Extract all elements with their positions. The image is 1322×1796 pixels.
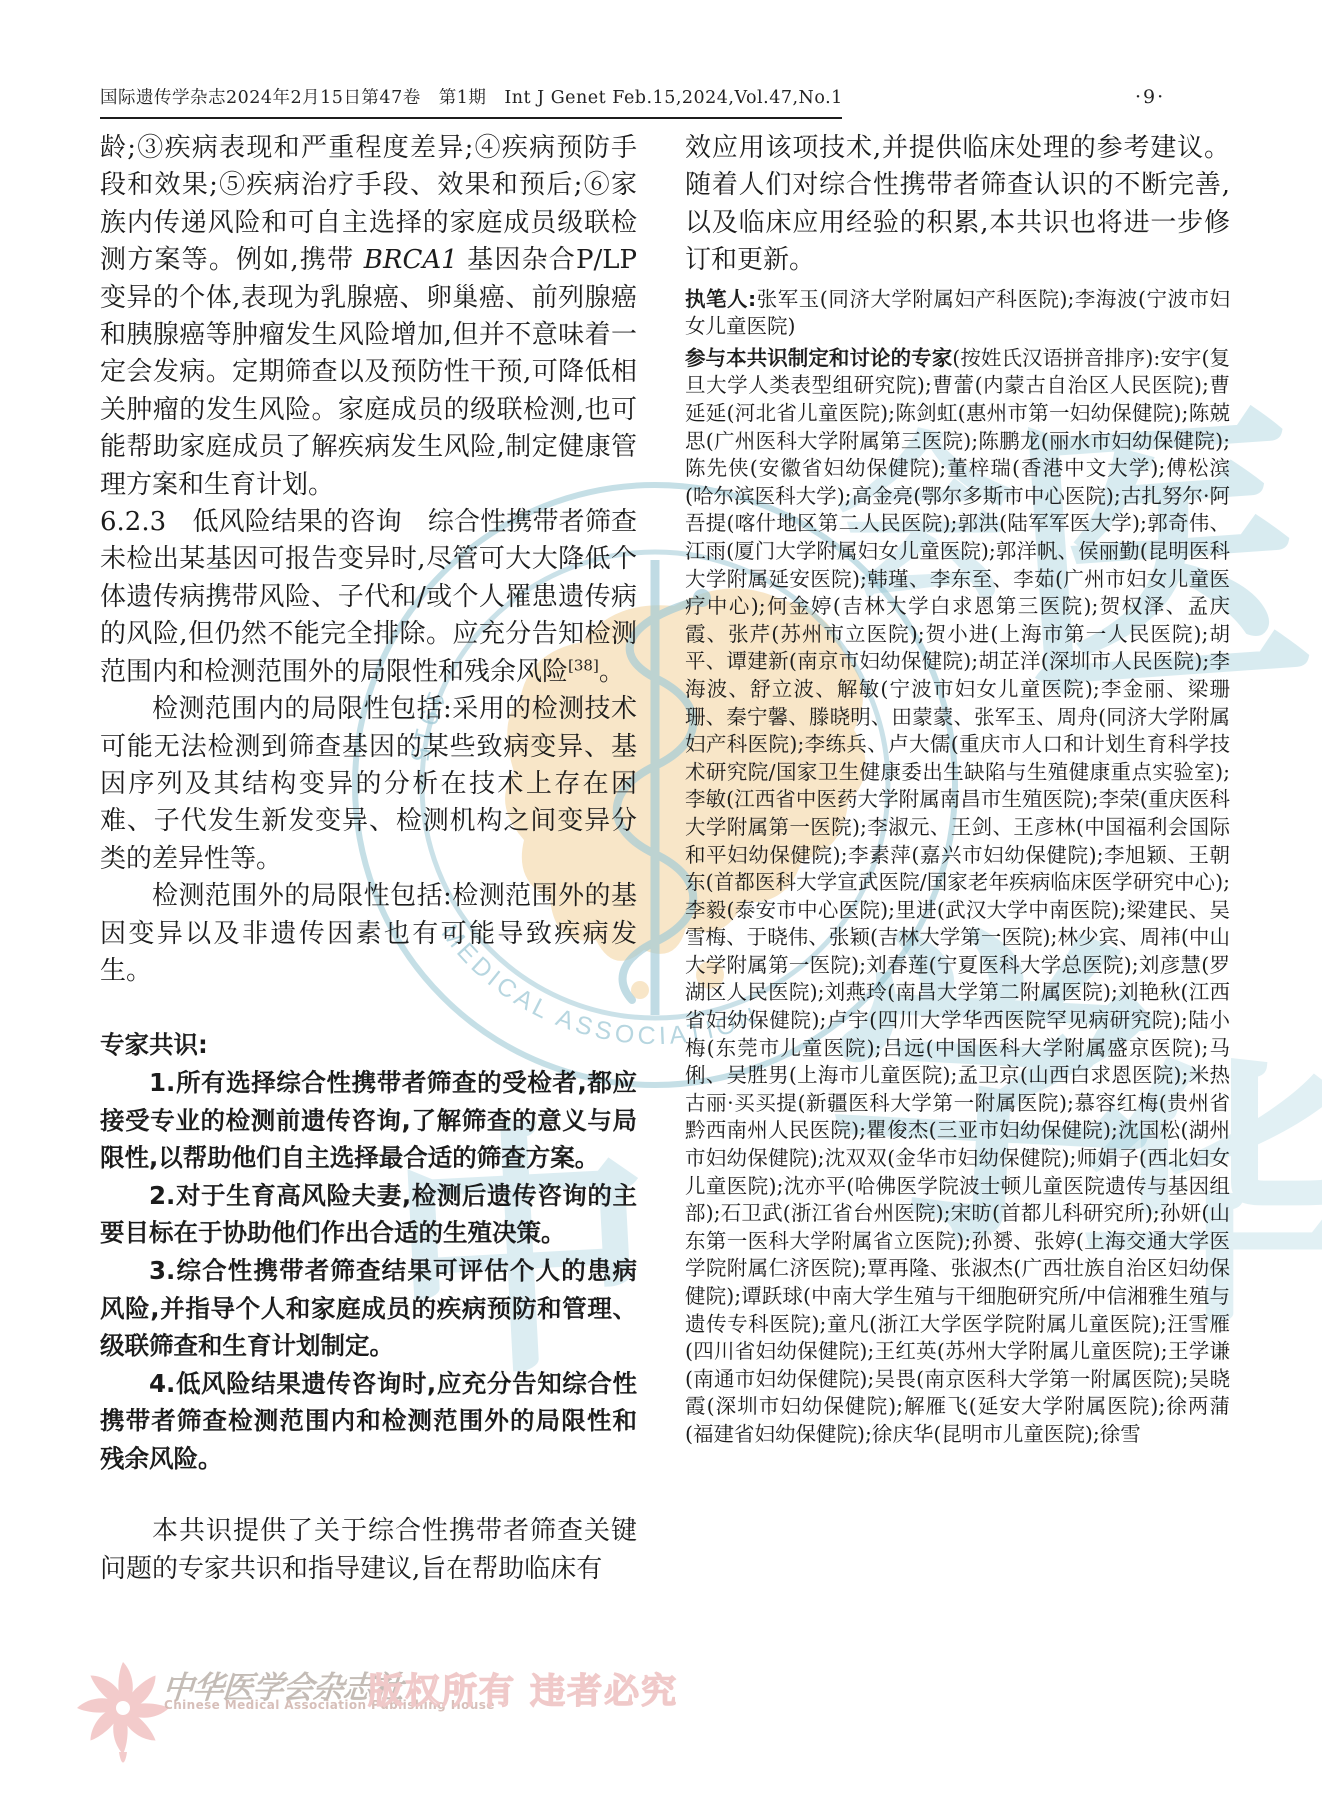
paragraph-top: 效应用该项技术,并提供临床处理的参考建议。随着人们对综合性携带者筛查认识的不断完…	[685, 130, 1230, 280]
gene-name-italic: BRCA1	[364, 245, 458, 275]
flower-petals	[77, 1662, 169, 1754]
authors-label: 执笔人:	[685, 287, 756, 311]
paragraph-continuation: 龄;③疾病表现和严重程度差异;④疾病预防手段和效果;⑤疾病治疗手段、效果和预后;…	[100, 130, 637, 504]
authors-paragraph: 执笔人:张军玉(同济大学附属妇产科医院);李海波(宁波市妇女儿童医院)	[685, 286, 1230, 341]
page-number: ·9·	[1135, 86, 1165, 108]
copyright-watermark: 版权所有 违者必究	[368, 1664, 678, 1714]
consensus-heading: 专家共识:	[100, 1026, 637, 1064]
experts-paragraph: 参与本共识制定和讨论的专家(按姓氏汉语拼音排序):安宇(复旦大学人类表型组研究院…	[685, 345, 1230, 1449]
experts-note: (按姓氏汉语拼音排序):	[952, 346, 1160, 370]
paragraph-out-scope-limits: 检测范围外的局限性包括:检测范围外的基因变异以及非遗传因素也有可能导致疾病发生。	[100, 878, 637, 990]
authors-text: 张军玉(同济大学附属妇产科医院);李海波(宁波市妇女儿童医院)	[685, 287, 1230, 339]
consensus-item-2: 2.对于生育高风险夫妻,检测后遗传咨询的主要目标在于协助他们作出合适的生殖决策。	[100, 1177, 637, 1252]
paragraph-closing: 本共识提供了关于综合性携带者筛查关键问题的专家共识和指导建议,旨在帮助临床有	[100, 1513, 637, 1588]
reference-marker: [38]	[568, 656, 599, 674]
section-tail: 。	[599, 657, 625, 687]
experts-label: 参与本共识制定和讨论的专家	[685, 346, 952, 370]
consensus-item-4: 4.低风险结果遗传咨询时,应充分告知综合性携带者筛查检测范围内和检测范围外的局限…	[100, 1365, 637, 1478]
section-text: 6.2.3 低风险结果的咨询 综合性携带者筛查未检出某基因可报告变异时,尽管可大…	[100, 507, 637, 687]
right-column: 效应用该项技术,并提供临床处理的参考建议。随着人们对综合性携带者筛查认识的不断完…	[685, 130, 1230, 1449]
publisher-logo-icon	[68, 1656, 178, 1776]
paragraph-in-scope-limits: 检测范围内的局限性包括:采用的检测技术可能无法检测到筛查基因的某些致病变异、基因…	[100, 691, 637, 878]
paragraph-text: 基因杂合P/LP变异的个体,表现为乳腺癌、卵巢癌、前列腺癌和胰腺癌等肿瘤发生风险…	[100, 245, 637, 499]
consensus-item-3: 3.综合性携带者筛查结果可评估个人的患病风险,并指导个人和家庭成员的疾病预防和管…	[100, 1252, 637, 1365]
consensus-item-1: 1.所有选择综合性携带者筛查的受检者,都应接受专业的检测前遗传咨询,了解筛查的意…	[100, 1064, 637, 1177]
experts-list: 安宇(复旦大学人类表型组研究院);曹蕾(内蒙古自治区人民医院);曹延延(河北省儿…	[685, 346, 1230, 1446]
journal-page: 1915 MEDICAL ASSOCIATION 中 华 医 学 会 国际遗传学…	[0, 0, 1322, 1796]
journal-header: 国际遗传学杂志2024年2月15日第47卷 第1期 Int J Genet Fe…	[100, 84, 842, 119]
left-column: 龄;③疾病表现和严重程度差异;④疾病预防手段和效果;⑤疾病治疗手段、效果和预后;…	[100, 130, 637, 1588]
section-6-2-3: 6.2.3 低风险结果的咨询 综合性携带者筛查未检出某基因可报告变异时,尽管可大…	[100, 504, 637, 691]
